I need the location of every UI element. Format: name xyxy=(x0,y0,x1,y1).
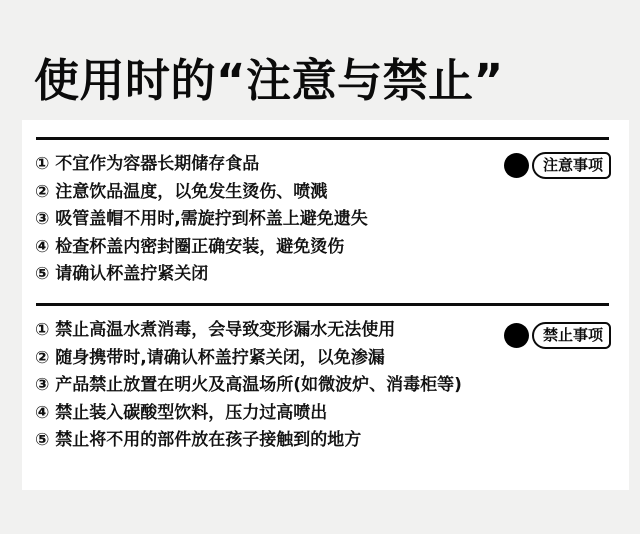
page-title: 使用时的“注意与禁止” xyxy=(34,54,504,108)
list-item: ② 随身携带时,请确认杯盖拧紧关闭，以免渗漏 xyxy=(35,345,462,373)
section-divider-top xyxy=(36,137,609,140)
prohibition-badge-group: 禁止事项 xyxy=(504,322,611,349)
content-panel: ① 不宜作为容器长期储存食品 ② 注意饮品温度，以免发生烫伤、喷溅 ③ 吸管盖帽… xyxy=(22,120,629,490)
prohibition-badge: 禁止事项 xyxy=(532,322,611,349)
caution-item-list: ① 不宜作为容器长期储存食品 ② 注意饮品温度，以免发生烫伤、喷溅 ③ 吸管盖帽… xyxy=(35,151,368,289)
list-item: ① 不宜作为容器长期储存食品 xyxy=(35,151,368,179)
list-item: ② 注意饮品温度，以免发生烫伤、喷溅 xyxy=(35,179,368,207)
list-item: ⑤ 禁止将不用的部件放在孩子接触到的地方 xyxy=(35,427,462,455)
caution-badge-group: 注意事项 xyxy=(504,152,611,179)
filled-circle-icon xyxy=(504,323,529,348)
section-divider-middle xyxy=(36,303,609,306)
list-item: ④ 检查杯盖内密封圈正确安装，避免烫伤 xyxy=(35,234,368,262)
filled-circle-icon xyxy=(504,153,529,178)
list-item: ⑤ 请确认杯盖拧紧关闭 xyxy=(35,261,368,289)
caution-badge: 注意事项 xyxy=(532,152,611,179)
info-poster: 使用时的“注意与禁止” ① 不宜作为容器长期储存食品 ② 注意饮品温度，以免发生… xyxy=(0,0,640,534)
list-item: ① 禁止高温水煮消毒，会导致变形漏水无法使用 xyxy=(35,317,462,345)
list-item: ④ 禁止装入碳酸型饮料，压力过高喷出 xyxy=(35,400,462,428)
prohibition-item-list: ① 禁止高温水煮消毒，会导致变形漏水无法使用 ② 随身携带时,请确认杯盖拧紧关闭… xyxy=(35,317,462,455)
list-item: ③ 产品禁止放置在明火及高温场所(如微波炉、消毒柜等) xyxy=(35,372,462,400)
list-item: ③ 吸管盖帽不用时,需旋拧到杯盖上避免遗失 xyxy=(35,206,368,234)
